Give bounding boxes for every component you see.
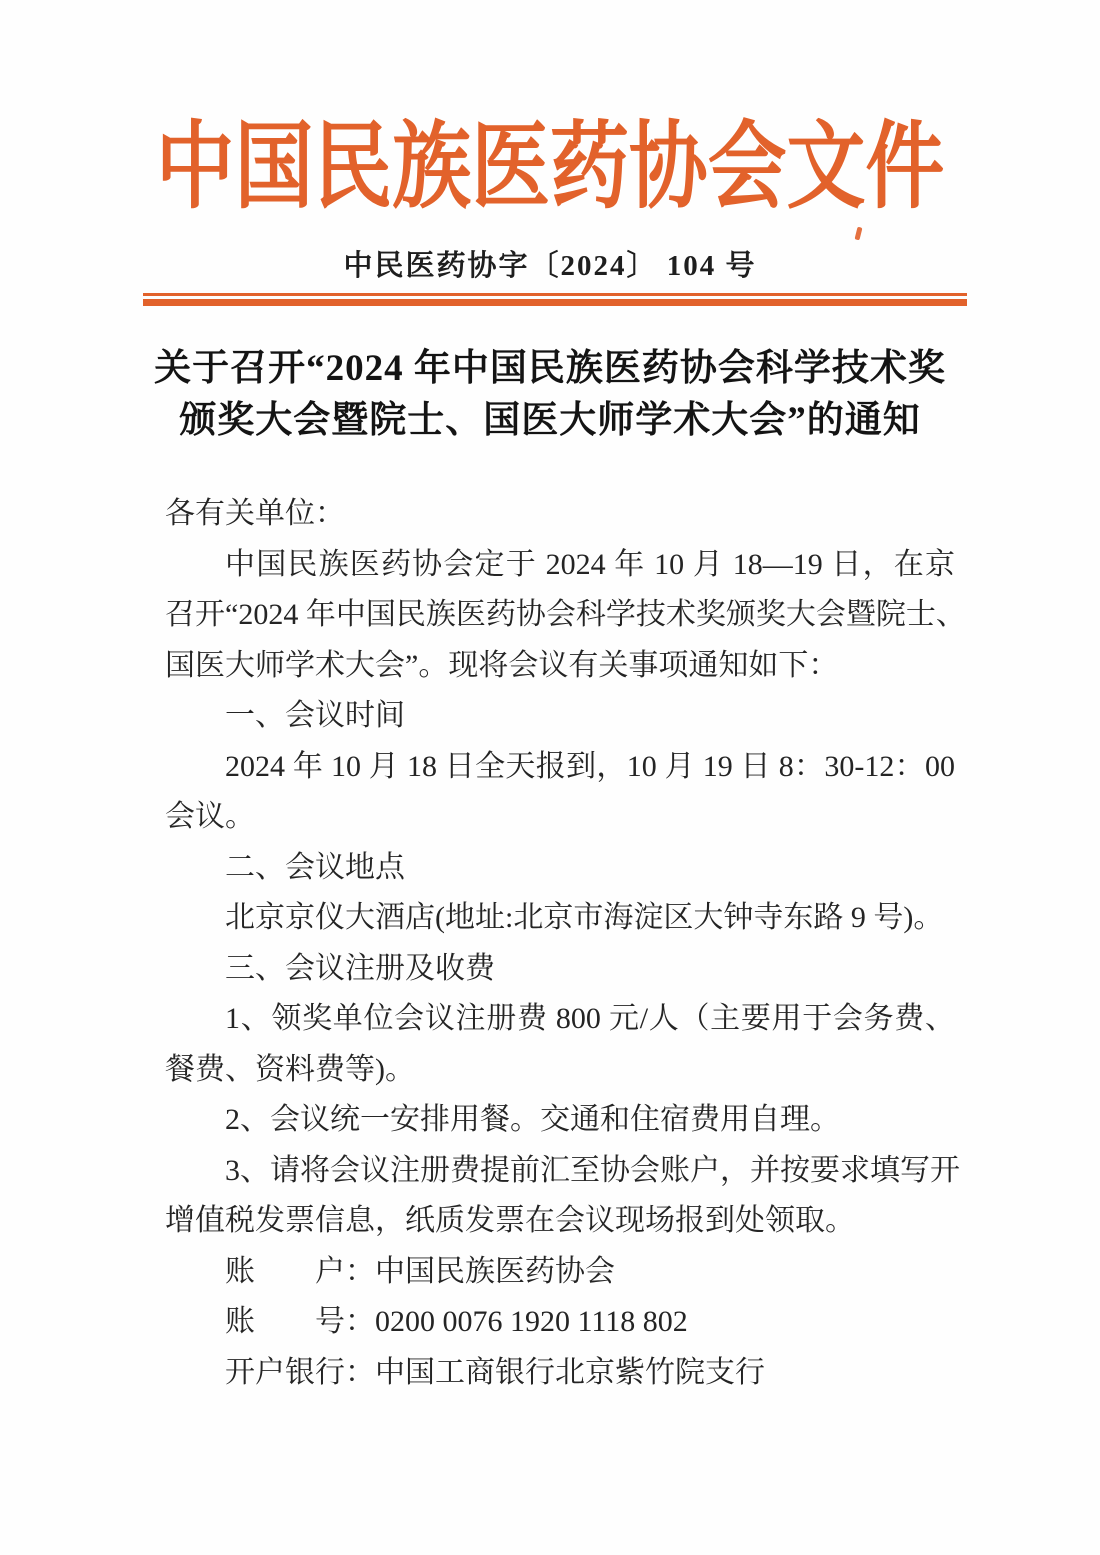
document-page: 中国民族医药协会文件 中民医药协字〔2024〕 104 号 关于召开“2024 …: [0, 0, 1100, 1555]
body-line-account-name: 账 户：中国民族医药协会: [165, 1247, 955, 1298]
body-line: 3、请将会议注册费提前汇至协会账户，并按要求填写开: [165, 1146, 955, 1197]
body-line-salutation: 各有关单位：: [165, 489, 955, 540]
header-divider: [143, 293, 967, 306]
org-title-text: 中国民族医药协会文件: [156, 112, 945, 222]
body-line: 2024 年 10 月 18 日全天报到，10 月 19 日 8：30-12：0…: [165, 742, 955, 793]
body-line-section-3: 三、会议注册及收费: [165, 944, 955, 995]
body-line: 餐费、资料费等)。: [165, 1045, 955, 1096]
scan-artifact-mark: [855, 227, 863, 241]
body-line-section-2: 二、会议地点: [165, 843, 955, 894]
doc-number: 中民医药协字〔2024〕 104 号: [0, 243, 1100, 284]
body-line: 1、领奖单位会议注册费 800 元/人（主要用于会务费、: [165, 994, 955, 1045]
document-body: 各有关单位： 中国民族医药协会定于 2024 年 10 月 18—19 日，在京…: [165, 489, 955, 1398]
body-line: 中国民族医药协会定于 2024 年 10 月 18—19 日，在京: [165, 540, 955, 591]
body-line: 召开“2024 年中国民族医药协会科学技术奖颁奖大会暨院士、: [165, 590, 955, 641]
body-line: 会议。: [165, 792, 955, 843]
body-line-account-no: 账 号：0200 0076 1920 1118 802: [165, 1297, 955, 1348]
body-line-venue: 北京京仪大酒店(地址:北京市海淀区大钟寺东路 9 号)。: [165, 893, 955, 944]
body-line-bank: 开户银行：中国工商银行北京紫竹院支行: [165, 1348, 955, 1399]
notice-title-line-2: 颁奖大会暨院士、国医大师学术大会”的通知: [0, 395, 1100, 447]
divider-thick-line: [143, 299, 967, 306]
body-line: 2、会议统一安排用餐。交通和住宿费用自理。: [165, 1095, 955, 1146]
body-line: 增值税发票信息，纸质发票在会议现场报到处领取。: [165, 1196, 955, 1247]
letterhead: 中国民族医药协会文件: [0, 112, 1100, 222]
body-line: 国医大师学术大会”。现将会议有关事项通知如下：: [165, 641, 955, 692]
notice-title: 关于召开“2024 年中国民族医药协会科学技术奖 颁奖大会暨院士、国医大师学术大…: [0, 343, 1100, 447]
notice-title-line-1: 关于召开“2024 年中国民族医药协会科学技术奖: [0, 343, 1100, 395]
body-line-section-1: 一、会议时间: [165, 691, 955, 742]
